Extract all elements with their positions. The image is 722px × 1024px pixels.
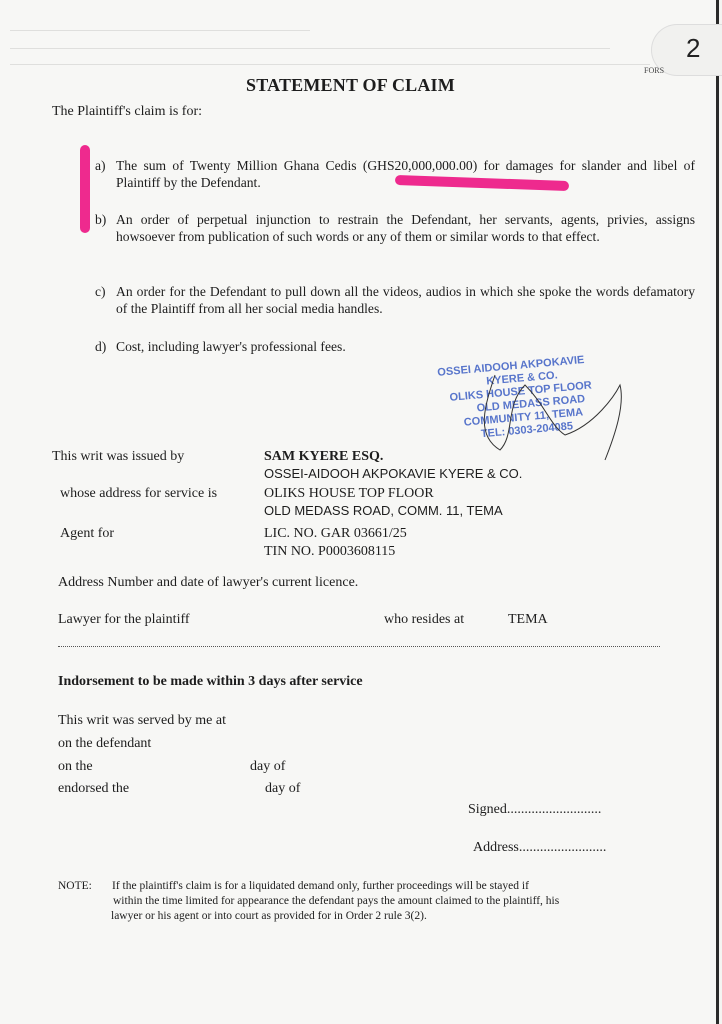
claim-label: d)	[95, 338, 106, 355]
page-number: 2	[686, 33, 700, 64]
claim-item-a: a) The sum of Twenty Million Ghana Cedis…	[95, 157, 695, 191]
lawyer-label: Lawyer for the plaintiff	[58, 611, 190, 628]
licence-note: Address Number and date of lawyer's curr…	[58, 574, 358, 591]
claim-text: An order of perpetual injunction to rest…	[116, 211, 695, 245]
resides-label: who resides at	[384, 611, 464, 628]
address-line-2: OLD MEDASS ROAD, COMM. 11, TEMA	[264, 502, 503, 519]
endorsed-the-label: endorsed the	[58, 780, 129, 797]
claim-item-c: c) An order for the Defendant to pull do…	[95, 283, 695, 317]
bleed-through-lines	[0, 0, 716, 80]
address-field: Address.........................	[473, 839, 606, 856]
claim-item-b: b) An order of perpetual injunction to r…	[95, 211, 695, 245]
signature-scribble	[455, 365, 635, 465]
issued-by-firm: OSSEI-AIDOOH AKPOKAVIE KYERE & CO.	[264, 465, 522, 482]
on-defendant-line: on the defendant	[58, 735, 151, 752]
note-line-3: lawyer or his agent or into court as pro…	[111, 908, 427, 925]
claim-text: The sum of Twenty Million Ghana Cedis (G…	[116, 157, 695, 191]
claim-label: b)	[95, 211, 106, 228]
resides-value: TEMA	[508, 611, 548, 628]
tin-number: TIN NO. P0003608115	[264, 543, 395, 560]
form-mark: FORS	[644, 66, 664, 75]
claim-label: a)	[95, 157, 106, 174]
agent-label: Agent for	[60, 525, 114, 542]
claim-text: An order for the Defendant to pull down …	[116, 283, 695, 317]
highlight-marker-vertical	[80, 145, 90, 233]
note-label: NOTE:	[58, 878, 92, 895]
issued-by-name: SAM KYERE ESQ.	[264, 448, 383, 465]
indorsement-heading: Indorsement to be made within 3 days aft…	[58, 673, 363, 690]
page-title: STATEMENT OF CLAIM	[246, 77, 455, 94]
claim-intro: The Plaintiff's claim is for:	[52, 103, 202, 120]
on-the-label: on the	[58, 758, 93, 775]
served-by-line: This writ was served by me at	[58, 712, 226, 729]
address-line-1: OLIKS HOUSE TOP FLOOR	[264, 485, 434, 502]
address-label: whose address for service is	[60, 485, 217, 502]
claim-label: c)	[95, 283, 106, 300]
dotted-divider	[58, 646, 660, 647]
signed-field: Signed...........................	[468, 801, 601, 818]
day-of-label-1: day of	[250, 758, 285, 775]
issued-by-label: This writ was issued by	[52, 448, 184, 465]
day-of-label-2: day of	[265, 780, 300, 797]
licence-number: LIC. NO. GAR 03661/25	[264, 525, 407, 542]
